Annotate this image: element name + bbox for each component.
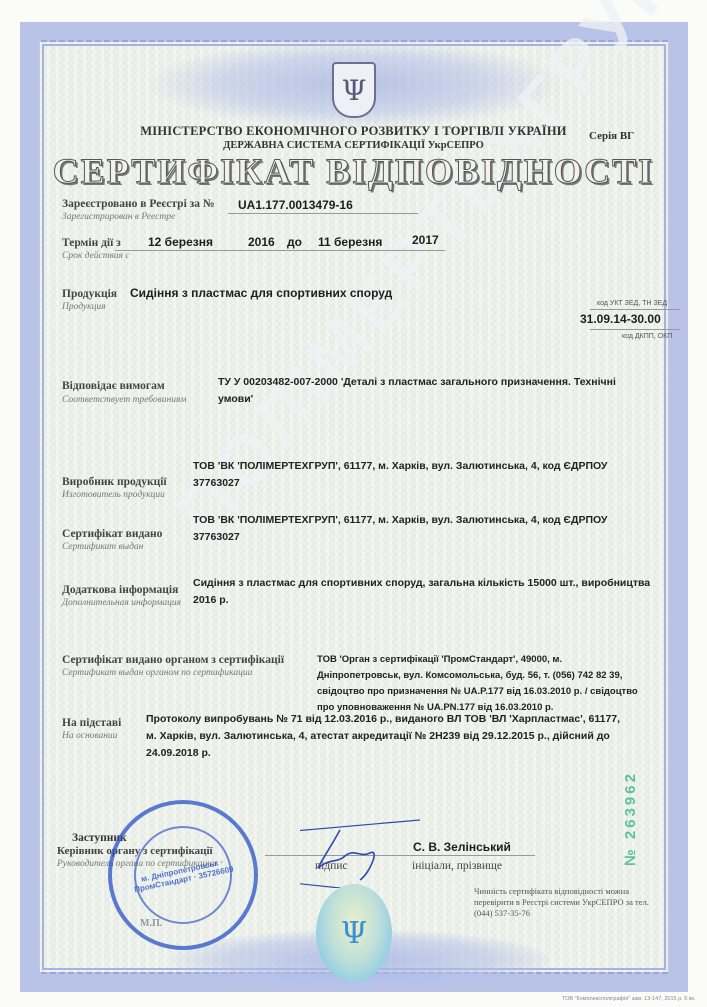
seal-initials: М.П.: [140, 918, 162, 929]
manufacturer-label: Виробник продукції: [62, 476, 167, 488]
cert-body-label-ru: Сертификат выдан органом по сертификации: [62, 668, 252, 678]
registration-label: Зареєстровано в Реєстрі за №: [62, 198, 214, 210]
cert-body-value: ТОВ 'Орган з сертифікації 'ПромСтандарт'…: [317, 652, 647, 716]
requirements-value: ТУ У 00203482-007-2000 'Деталі з пластма…: [218, 374, 638, 408]
issued-to-value: ТОВ 'ВК 'ПОЛІМЕРТЕХГРУП', 61177, м. Харк…: [193, 512, 633, 546]
serial-number: № 263962: [622, 771, 639, 866]
cert-body-label: Сертифікат видано органом з сертифікації: [62, 654, 284, 666]
additional-info-label: Додаткова інформація: [62, 584, 178, 596]
verification-note: Чинність сертифіката відповідності можна…: [474, 886, 649, 919]
validity-label-ru: Срок действия с: [62, 251, 130, 261]
product-label: Продукція: [62, 288, 117, 300]
registration-underline: [228, 213, 418, 214]
registration-label-ru: Зарегистрирован в Реестре: [62, 212, 175, 222]
registration-number: UA1.177.0013479-16: [238, 197, 353, 213]
product-name: Сидіння з пластмас для спортивних споруд: [130, 285, 392, 301]
product-code-label-top: код УКТ ЗЕД, ТН ЗЕД: [597, 300, 667, 307]
validity-to-year: 2017: [412, 232, 439, 248]
handwritten-signature: [300, 818, 440, 888]
product-code-rule: [590, 309, 680, 310]
basis-label: На підставі: [62, 717, 121, 729]
product-code-rule-bottom: [590, 329, 680, 330]
product-code-label-bottom: код ДКПП, ОКП: [622, 333, 672, 340]
official-seal: м. Дніпропетровськ · ПромСтандарт · 3572…: [108, 800, 258, 950]
basis-label-ru: На основании: [62, 731, 117, 741]
series-label: Серія ВГ: [589, 130, 634, 142]
validity-to-date: 11 березня: [318, 234, 382, 250]
additional-info-label-ru: Дополнительная информация: [62, 598, 181, 608]
basis-value: Протоколу випробувань № 71 від 12.03.201…: [146, 711, 626, 762]
validity-from-date: 12 березня: [148, 234, 213, 250]
manufacturer-value: ТОВ 'ВК 'ПОЛІМЕРТЕХГРУП', 61177, м. Харк…: [193, 458, 633, 492]
hologram-trident-icon: Ψ: [316, 884, 392, 982]
manufacturer-label-ru: Изготовитель продукции: [62, 490, 165, 500]
product-code: 31.09.14-30.00: [580, 311, 661, 327]
product-label-ru: Продукция: [62, 302, 106, 312]
issued-to-label: Сертифікат видано: [62, 528, 162, 540]
requirements-label-ru: Соответствует требованиям: [62, 395, 186, 405]
validity-label: Термін дії з: [62, 237, 121, 249]
printer-footer: ТОВ "Комплексполіграфія" зам. 13-147, 20…: [562, 996, 695, 1002]
requirements-label: Відповідає вимогам: [62, 380, 165, 392]
validity-to-word: до: [287, 234, 302, 250]
document-title: СЕРТИФІКАТ ВІДПОВІДНОСТІ: [0, 150, 707, 192]
validity-from-year: 2016: [248, 234, 275, 250]
issued-to-label-ru: Сертификат выдан: [62, 542, 143, 552]
additional-info-value: Сидіння з пластмас для спортивних споруд…: [193, 575, 663, 609]
validity-underline: [115, 250, 445, 251]
trident-coat-of-arms-icon: Ψ: [332, 62, 376, 118]
